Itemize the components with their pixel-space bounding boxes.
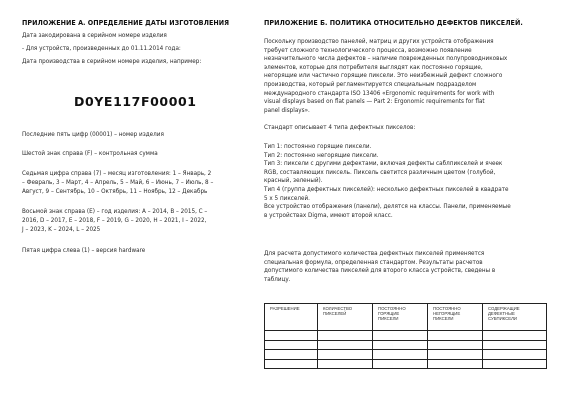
types-intro: Стандарт описывает 4 типа дефектных пикс… [264,124,415,133]
type-line: Тип 2: постоянно негорящие пиксели. [264,152,379,161]
table-row [265,359,547,369]
intro-line: производства, который регламентируется с… [264,81,476,90]
header-always-off: ПОСТОЯННО НЕГОРЯЩИЕ ПИКСЕЛИ [428,304,483,331]
appendix-a-line3: Дата производства в серийном номере изде… [22,58,201,67]
intro-line: негорящие или частично горящие пиксели. … [264,72,502,81]
type-line: красный, зеленый). [264,177,323,186]
table-row [265,331,547,341]
calc-line: допустимого количества пикселей для втор… [264,267,495,276]
intro-line: Поскольку производство панелей, матриц и… [264,38,494,47]
type-line: Тип 3: пиксели с другими дефектами, вклю… [264,160,502,169]
eighth-char-line: 2016, D – 2017, E – 2018, F – 2019, G – … [22,217,206,226]
pixel-defects-table: РАЗРЕШЕНИЕ КОЛИЧЕСТВО ПИКСЕЛЕЙ ПОСТОЯННО… [264,303,547,369]
header-defective-subpixels: СОДЕРЖАЩИЕ ДЕФЕКТНЫЕ СУБПИКСЕЛИ [483,304,547,331]
table-header-row: РАЗРЕШЕНИЕ КОЛИЧЕСТВО ПИКСЕЛЕЙ ПОСТОЯННО… [265,304,547,331]
intro-line: visual displays based on flat panels — P… [264,98,485,107]
table-cell [428,331,483,341]
table-cell [318,350,373,360]
table-cell [373,350,428,360]
table-cell [373,331,428,341]
table-cell [483,359,547,369]
type-line: Тип 4 (группа дефектных пикселей): неско… [264,186,509,195]
intro-line: panel displays». [264,107,310,116]
appendix-a-line1: Дата закодирована в серийном номере изде… [22,32,167,41]
table-row [265,350,547,360]
table-cell [265,331,318,341]
header-pixel-count: КОЛИЧЕСТВО ПИКСЕЛЕЙ [318,304,373,331]
appendix-a-line2: - Для устройств, произведенных до 01.11.… [22,45,181,54]
type-line: Все устройство отображения (панели), дел… [264,203,511,212]
table-cell [265,359,318,369]
intro-line: требует сложного технологического процес… [264,47,472,56]
last-five-digits-text: Последние пять цифр (00001) – номер изде… [22,131,164,140]
table-cell [318,340,373,350]
table-cell [428,340,483,350]
calc-line: таблицу. [264,276,291,285]
seventh-digit-line: Август, 9 – Сентябрь, 10 – Октябрь, 11 –… [22,188,207,197]
header-resolution: РАЗРЕШЕНИЕ [265,304,318,331]
eighth-char-line: Восьмой знак справа (E) – год изделия: A… [22,208,207,217]
fifth-digit-text: Пятая цифра слева (1) – версия hardware [22,247,145,256]
appendix-a-title: ПРИЛОЖЕНИЕ А. ОПРЕДЕЛЕНИЕ ДАТЫ ИЗГОТОВЛЕ… [22,18,229,27]
table-cell [373,340,428,350]
table-cell [265,340,318,350]
seventh-digit-line: – Февраль, 3 – Март, 4 – Апрель, 5 – Май… [22,179,213,188]
calc-line: Для расчета допустимого количества дефек… [264,250,484,259]
table-cell [318,359,373,369]
table-row [265,340,547,350]
table-cell [483,331,547,341]
table-cell [373,359,428,369]
table-cell [428,350,483,360]
calc-line: специальная формула, определенная станда… [264,259,483,268]
intro-line: незначительного числа дефектов – наличие… [264,55,507,64]
table-cell [428,359,483,369]
type-line: Тип 1: постоянно горящие пиксели. [264,143,371,152]
appendix-b-title: ПРИЛОЖЕНИЕ Б. ПОЛИТИКА ОТНОСИТЕЛЬНО ДЕФЕ… [264,18,523,27]
table-cell [265,350,318,360]
type-line: 5 x 5 пикселей. [264,195,310,204]
table-cell [483,340,547,350]
intro-line: международного стандарта ISO 13406 «Ergo… [264,90,494,99]
type-line: в устройствах Digma, имеют второй класс. [264,212,393,221]
sixth-char-text: Шестой знак справа (F) – контрольная сум… [22,150,158,159]
eighth-char-line: J – 2023, K – 2024, L – 2025 [22,226,100,235]
seventh-digit-line: Седьмая цифра справа (7) – месяц изготов… [22,170,211,179]
table-cell [318,331,373,341]
header-always-on: ПОСТОЯННО ГОРЯЩИЕ ПИКСЕЛИ [373,304,428,331]
serial-number-example: D0YE117F00001 [74,94,197,109]
table-cell [483,350,547,360]
